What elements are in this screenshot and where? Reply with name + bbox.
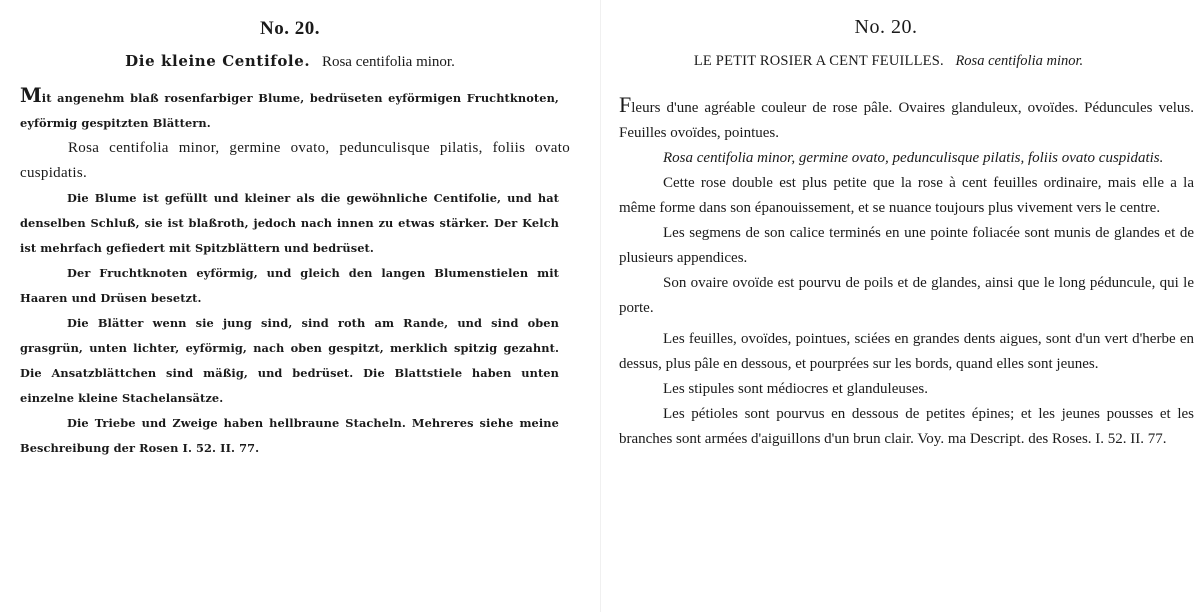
paragraph: Les segmens de son calice terminés en un…	[619, 221, 1194, 271]
title-german: Die kleine Centifole.	[125, 52, 310, 70]
paragraph-diagnosis: Fleurs d'une agréable couleur de rose pâ…	[619, 92, 1194, 146]
paragraph: Die Triebe und Zweige haben hellbraune S…	[20, 411, 559, 461]
paragraph: Der Fruchtknoten eyförmig, und gleich de…	[20, 261, 559, 311]
right-page-french: No. 20. LE PETIT ROSIER A CENT FEUILLES.…	[600, 0, 1200, 612]
title-latin: Rosa centifolia minor.	[322, 54, 455, 70]
paragraph-latin: Rosa centifolia minor, germine ovato, pe…	[20, 136, 570, 186]
paragraph: Die Blätter wenn sie jung sind, sind rot…	[20, 311, 559, 411]
body-text: Fleurs d'une agréable couleur de rose pâ…	[619, 92, 1194, 452]
paragraph-diagnosis: Mit angenehm blaß rosenfarbiger Blume, b…	[20, 86, 559, 136]
left-page-german: No. 20. Die kleine Centifole. Rosa centi…	[0, 0, 600, 612]
book-spread: No. 20. Die kleine Centifole. Rosa centi…	[0, 0, 1200, 612]
paragraph: Les stipules sont médiocres et glanduleu…	[619, 377, 1194, 402]
body-text: Mit angenehm blaß rosenfarbiger Blume, b…	[20, 86, 570, 461]
paragraph: Cette rose double est plus petite que la…	[619, 171, 1194, 221]
plate-number: No. 20.	[0, 18, 580, 40]
paragraph: Die Blume ist gefüllt und kleiner als di…	[20, 186, 559, 261]
drop-cap: F	[619, 92, 631, 117]
paragraph-latin: Rosa centifolia minor, germine ovato, pe…	[619, 146, 1194, 171]
entry-title: LE PETIT ROSIER A CENT FEUILLES. Rosa ce…	[601, 53, 1176, 70]
entry-title: Die kleine Centifole. Rosa centifolia mi…	[0, 52, 580, 71]
drop-cap: M	[20, 83, 42, 107]
title-french: LE PETIT ROSIER A CENT FEUILLES.	[694, 53, 944, 69]
paragraph: Les pétioles sont pourvus en dessous de …	[619, 402, 1194, 452]
paragraph: Son ovaire ovoïde est pourvu de poils et…	[619, 271, 1194, 321]
paragraph: Les feuilles, ovoïdes, pointues, sciées …	[619, 327, 1194, 377]
title-latin: Rosa centifolia minor.	[955, 53, 1083, 69]
plate-number: No. 20.	[601, 16, 1171, 39]
